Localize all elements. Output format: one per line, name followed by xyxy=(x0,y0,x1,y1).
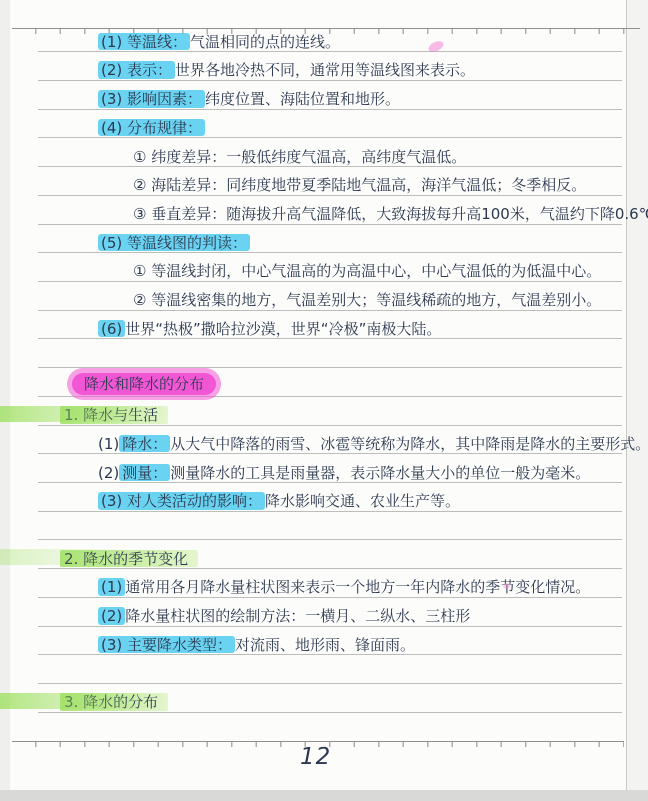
note-text: 降水影响交通、农业生产等。 xyxy=(265,493,460,510)
notebook-row: 1. 降水与生活 xyxy=(38,397,622,426)
highlighted-text-cyan: 测量： xyxy=(119,464,170,482)
note-text: ② 海陆差异：同纬度地带夏季陆地气温高，海洋气温低；冬季相反。 xyxy=(133,177,586,194)
note-text: (2) xyxy=(98,465,119,482)
notebook-row: 降水和降水的分布 xyxy=(38,368,622,397)
highlighted-text-cyan: (3) 主要降水类型： xyxy=(98,636,235,654)
note-text: ① 等温线封闭，中心气温高的为高温中心，中心气温低的为低温中心。 xyxy=(133,263,601,280)
highlighted-text-green: 3. 降水的分布 xyxy=(60,693,168,711)
notebook-row: (3) 对人类活动的影响：降水影响交通、农业生产等。 xyxy=(38,483,622,512)
notebook-row: (4) 分布规律： xyxy=(38,110,622,139)
notebook-row: ② 海陆差异：同纬度地带夏季陆地气温高，海洋气温低；冬季相反。 xyxy=(38,167,622,196)
highlighted-text-cyan: 降水： xyxy=(119,435,170,453)
notebook-row: (1) 通常用各月降水量柱状图来表示一个地方一年内降水的季节变化情况。 xyxy=(38,569,622,598)
ruled-rows: (1) 等温线：气温相同的点的连线。(2) 表示：世界各地冷热不同，通常用等温线… xyxy=(38,24,622,713)
notebook-row xyxy=(38,512,622,541)
highlighted-text-cyan: (5) 等温线图的判读： xyxy=(98,234,250,252)
notebook-row: ② 等温线密集的地方，气温差别大；等温线稀疏的地方，气温差别小。 xyxy=(38,282,622,311)
highlighted-text-cyan: (6) xyxy=(98,320,125,338)
notebook-row: (2) 测量：测量降水的工具是雨量器，表示降水量大小的单位一般为毫米。 xyxy=(38,454,622,483)
note-text: 从大气中降落的雨雪、冰雹等统称为降水，其中降雨是降水的主要形式。 xyxy=(170,436,648,453)
note-text: 世界各地冷热不同，通常用等温线图来表示。 xyxy=(175,62,475,79)
highlighted-text-cyan: (2) xyxy=(98,607,125,625)
highlighted-text-pink: 降水和降水的分布 xyxy=(72,373,216,395)
note-text: ② 等温线密集的地方，气温差别大；等温线稀疏的地方，气温差别小。 xyxy=(133,292,601,309)
notebook-row: ① 等温线封闭，中心气温高的为高温中心，中心气温低的为低温中心。 xyxy=(38,253,622,282)
note-text: ③ 垂直差异：随海拔升高气温降低，大致海拔每升高100米，气温约下降0.6℃。 xyxy=(133,206,648,223)
notebook-row: (1) 等温线：气温相同的点的连线。 xyxy=(38,24,622,53)
note-text: 测量降水的工具是雨量器，表示降水量大小的单位一般为毫米。 xyxy=(170,465,590,482)
notebook-row: (1) 降水：从大气中降落的雨雪、冰雹等统称为降水，其中降雨是降水的主要形式。 xyxy=(38,426,622,455)
note-text: 气温相同的点的连线。 xyxy=(190,34,340,51)
note-text: 纬度位置、海陆位置和地形。 xyxy=(205,91,400,108)
notebook-row: (3) 主要降水类型：对流雨、地形雨、锋面雨。 xyxy=(38,627,622,656)
page-right-margin xyxy=(627,0,648,790)
notebook-row: (2) 降水量柱状图的绘制方法：一横月、二纵水、三柱形 xyxy=(38,598,622,627)
note-text: 对流雨、地形雨、锋面雨。 xyxy=(235,637,415,654)
highlighted-text-cyan: (1) 等温线： xyxy=(98,33,190,51)
page-number: 12 xyxy=(300,744,331,770)
notebook-row: (5) 等温线图的判读： xyxy=(38,225,622,254)
highlighted-text-cyan: (4) 分布规律： xyxy=(98,119,205,137)
notebook-row: (3) 影响因素：纬度位置、海陆位置和地形。 xyxy=(38,81,622,110)
highlighted-text-cyan: (2) 表示： xyxy=(98,61,175,79)
notebook-row: (6) 世界“热极”撒哈拉沙漠，世界“冷极”南极大陆。 xyxy=(38,311,622,340)
notebook-row: (2) 表示：世界各地冷热不同，通常用等温线图来表示。 xyxy=(38,52,622,81)
notebook-row: ③ 垂直差异：随海拔升高气温降低，大致海拔每升高100米，气温约下降0.6℃。 xyxy=(38,196,622,225)
notebook-row: 3. 降水的分布 xyxy=(38,684,622,713)
note-text: 世界“热极”撒哈拉沙漠，世界“冷极”南极大陆。 xyxy=(125,321,441,338)
highlighted-text-cyan: (3) 对人类活动的影响： xyxy=(98,492,265,510)
highlighted-text-green: 1. 降水与生活 xyxy=(60,406,168,424)
note-text: 降水量柱状图的绘制方法：一横月、二纵水、三柱形 xyxy=(125,608,470,625)
highlighted-text-green: 2. 降水的季节变化 xyxy=(60,550,198,568)
photo-bottom-edge xyxy=(0,790,648,801)
notebook-photo: { "page": { "number": "12", "ink_color":… xyxy=(0,0,648,801)
notebook-row: 2. 降水的季节变化 xyxy=(38,540,622,569)
notebook-row xyxy=(38,339,622,368)
highlighted-text-cyan: (1) xyxy=(98,578,125,596)
note-text: 通常用各月降水量柱状图来表示一个地方一年内降水的季节变化情况。 xyxy=(125,579,590,596)
note-text: (1) xyxy=(98,436,119,453)
notebook-row: ① 纬度差异：一般低纬度气温高，高纬度气温低。 xyxy=(38,138,622,167)
note-text: ① 纬度差异：一般低纬度气温高，高纬度气温低。 xyxy=(133,149,466,166)
highlighted-text-cyan: (3) 影响因素： xyxy=(98,90,205,108)
notebook-row xyxy=(38,655,622,684)
